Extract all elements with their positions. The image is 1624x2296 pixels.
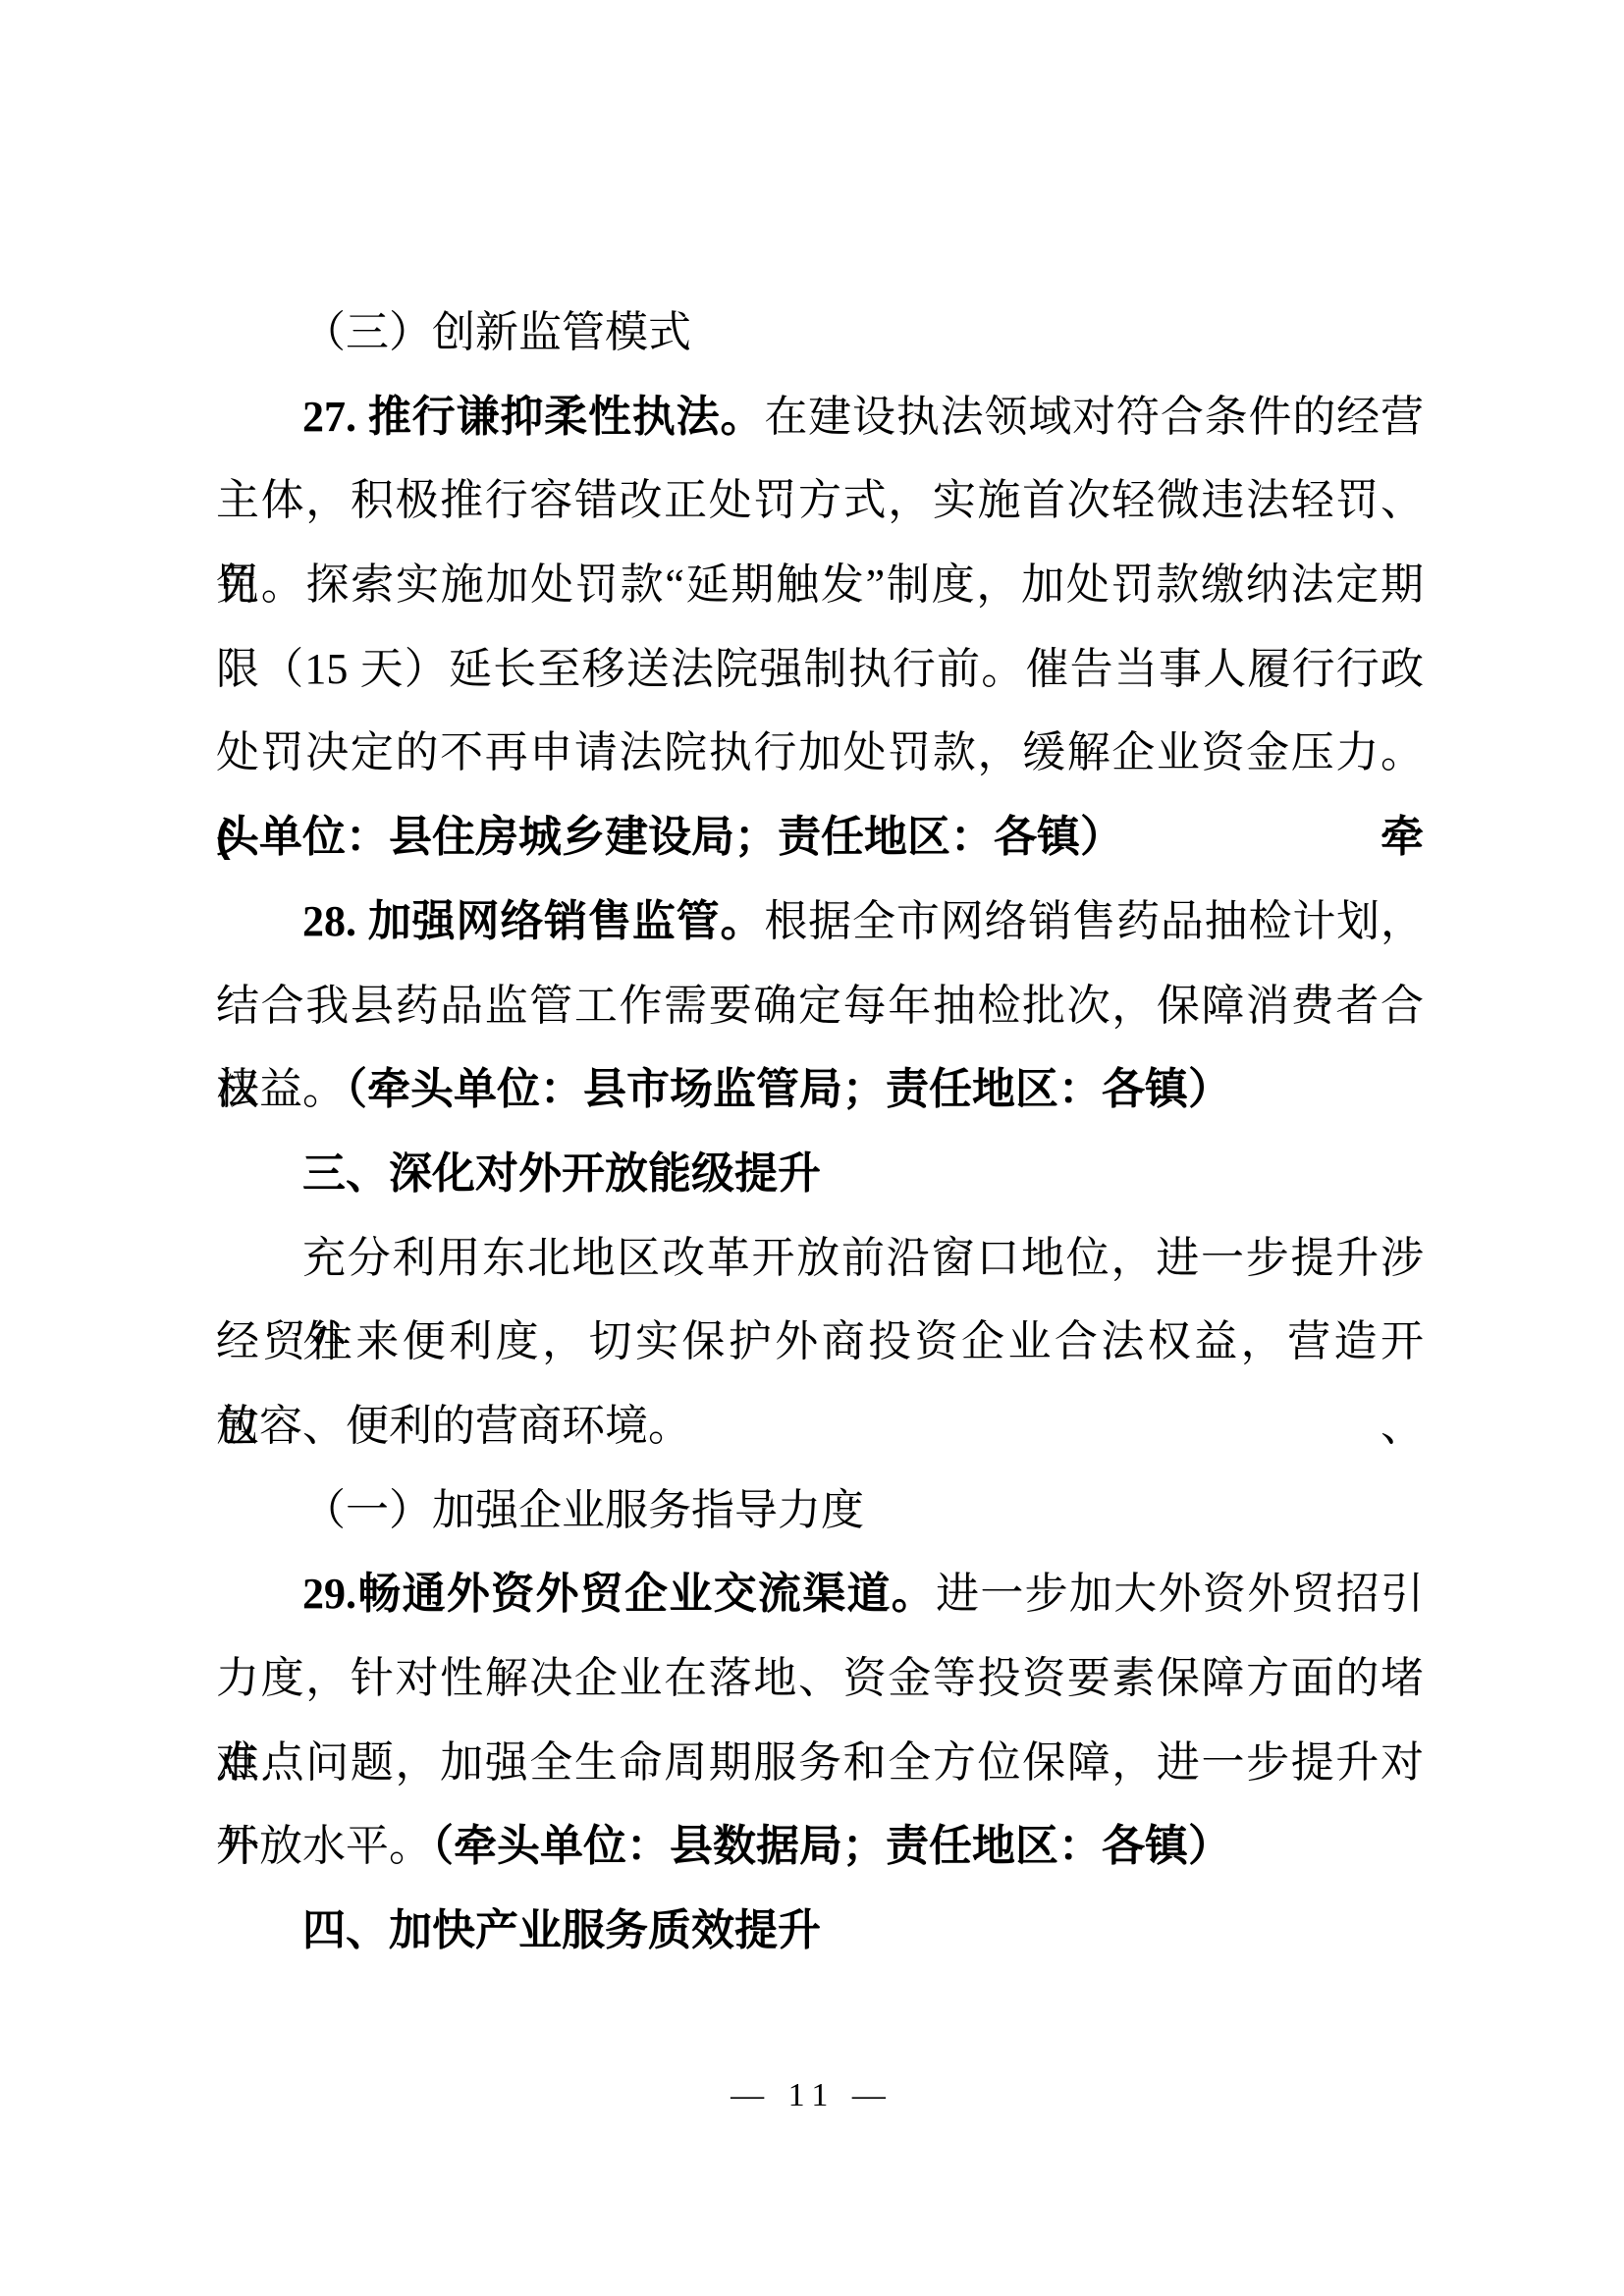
- text-line: 开放水平。（牵头单位：县数据局；责任地区：各镇）: [216, 1804, 1424, 1889]
- text-line: 权益。（牵头单位：县市场监管局；责任地区：各镇）: [216, 1047, 1424, 1132]
- text-line: 三、深化对外开放能级提升: [216, 1132, 1424, 1216]
- text-line: （三）创新监管模式: [216, 291, 1424, 375]
- text-segment: 包容、便利的营商环境。: [216, 1402, 691, 1450]
- text-segment: 28.: [302, 897, 368, 945]
- text-segment: 27.: [302, 393, 368, 441]
- text-line: 27. 推行谦抑柔性执法。在建设执法领域对符合条件的经营: [216, 375, 1424, 459]
- document-page: （三）创新监管模式27. 推行谦抑柔性执法。在建设执法领域对符合条件的经营主体，…: [0, 0, 1624, 2296]
- text-segment: 罚。探索实施加处罚款“延期触发”制度，加处罚款缴纳法定期: [216, 561, 1424, 609]
- text-line: 28. 加强网络销售监管。根据全市网络销售药品抽检计划，: [216, 880, 1424, 964]
- text-line: 罚。探索实施加处罚款“延期触发”制度，加处罚款缴纳法定期: [216, 543, 1424, 627]
- text-line: 结合我县药品监管工作需要确定每年抽检批次，保障消费者合法: [216, 964, 1424, 1048]
- text-line: 处罚决定的不再申请法院执行加处罚款，缓解企业资金压力。(牵: [216, 711, 1424, 795]
- text-segment: 推行谦抑柔性执法。: [368, 393, 765, 441]
- page-number-label: — 11 —: [731, 2077, 893, 2113]
- text-segment: 处罚决定的不再申请法院执行加处罚款，缓解企业资金压力。: [216, 728, 1424, 776]
- text-segment: 畅通外资外贸企业交流渠道。: [356, 1570, 936, 1618]
- text-segment: 限（15 天）延长至移送法院强制执行前。催告当事人履行行政: [216, 645, 1424, 693]
- text-segment: （牵头单位：县数据局；责任地区：各镇）: [432, 1822, 1231, 1870]
- text-line: 29.畅通外资外贸企业交流渠道。进一步加大外资外贸招引: [216, 1552, 1424, 1636]
- document-body: （三）创新监管模式27. 推行谦抑柔性执法。在建设执法领域对符合条件的经营主体，…: [216, 291, 1424, 1973]
- text-line: 四、加快产业服务质效提升: [216, 1889, 1424, 1973]
- text-line: 主体，积极推行容错改正处罚方式，实施首次轻微违法轻罚、免: [216, 458, 1424, 543]
- text-segment: 四、加快产业服务质效提升: [302, 1906, 821, 1954]
- text-line: （一）加强企业服务指导力度: [216, 1468, 1424, 1553]
- text-segment: 进一步加大外资外贸招引: [936, 1570, 1424, 1618]
- text-segment: （三）创新监管模式: [302, 307, 691, 357]
- text-segment: 根据全市网络销售药品抽检计划，: [764, 897, 1424, 945]
- text-segment: 在建设执法领域对符合条件的经营: [764, 393, 1424, 441]
- text-segment: 权益。: [216, 1065, 346, 1113]
- text-line: 难点问题，加强全生命周期服务和全方位保障，进一步提升对外: [216, 1721, 1424, 1805]
- text-segment: （一）加强企业服务指导力度: [302, 1485, 864, 1535]
- text-segment: 头单位：县住房城乡建设局；责任地区：各镇）: [216, 813, 1123, 861]
- text-segment: 29.: [302, 1570, 356, 1618]
- text-line: 充分利用东北地区改革开放前沿窗口地位，进一步提升涉外: [216, 1216, 1424, 1301]
- text-line: 限（15 天）延长至移送法院强制执行前。催告当事人履行行政: [216, 627, 1424, 712]
- page-number: — 11 —: [0, 2077, 1624, 2114]
- text-segment: 三、深化对外开放能级提升: [302, 1149, 821, 1198]
- text-segment: 开放水平。: [216, 1822, 432, 1870]
- text-segment: 加强网络销售监管。: [368, 897, 765, 945]
- text-segment: （牵头单位：县市场监管局；责任地区：各镇）: [346, 1065, 1231, 1113]
- text-line: 力度，针对性解决企业在落地、资金等投资要素保障方面的堵点: [216, 1636, 1424, 1721]
- text-line: 经贸往来便利度，切实保护外商投资企业合法权益，营造开放、: [216, 1300, 1424, 1384]
